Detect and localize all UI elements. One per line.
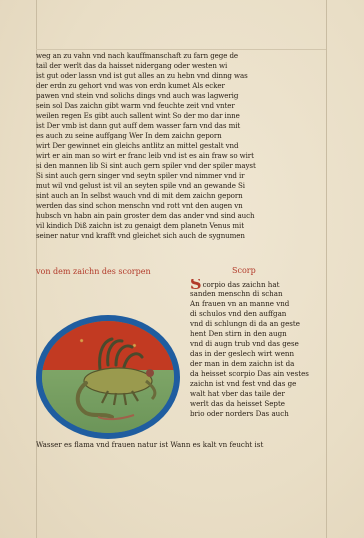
text-line: der erdn zu gehort vnd was von erdn kume… <box>36 81 326 91</box>
text-line: di schulos vnd den auffgan <box>190 309 340 319</box>
text-line: seiner natur vnd krafft vnd gleichet sic… <box>36 231 326 241</box>
top-rule <box>36 49 326 50</box>
text-line: der man in dem zaichn ist da <box>190 359 340 369</box>
text-line: hent Den stirn in den augn <box>190 329 340 339</box>
text-line: da heisset scorpio Das ain vestes <box>190 369 340 379</box>
text-line: werden das sind schon menschn vnd rott v… <box>36 201 326 211</box>
scorpion-icon <box>42 321 174 433</box>
text-line: brio oder norders Das auch <box>190 409 340 419</box>
text-line: vnd di schlungn di da an geste <box>190 319 340 329</box>
margin-rule-right <box>326 0 327 538</box>
text-line: wirt er ain man so wirt er franc leib vn… <box>36 151 326 161</box>
decorated-initial: S <box>190 279 202 289</box>
rubric-heading: von dem zaichn des scorpen <box>36 267 151 276</box>
text-line: ist Der vmb ist dann gut auff dem wasser… <box>36 121 326 131</box>
text-line: Si sint auch gern singer vnd seytn spile… <box>36 171 326 181</box>
text-line: ist gut oder lassn vnd ist gut alles an … <box>36 71 326 81</box>
text-line: si den mannen lib Si sint auch gern spil… <box>36 161 326 171</box>
text-line: vnd di augn trub vnd das gese <box>190 339 340 349</box>
medallion-field <box>42 321 174 433</box>
text-line: An frauen vn an manne vnd <box>190 299 340 309</box>
text-line: sint auch an In selbst wauch vnd di mit … <box>36 191 326 201</box>
final-text-line: Wasser es flama vnd frauen natur ist Wan… <box>36 440 263 449</box>
rubric-marginal-note: Scorp <box>232 266 256 275</box>
text-line: mut wil vnd gelust ist vil an seyten spi… <box>36 181 326 191</box>
manuscript-page: weg an zu vahn vnd nach kauffmanschaft z… <box>0 0 364 538</box>
right-column-text: Scorpio das zaichn hat sanden menschn di… <box>190 279 340 419</box>
text-line: weg an zu vahn vnd nach kauffmanschaft z… <box>36 51 326 61</box>
main-text-block: weg an zu vahn vnd nach kauffmanschaft z… <box>36 51 326 241</box>
text-line: pawen vnd stein vnd solichs dings vnd au… <box>36 91 326 101</box>
text-line: corpio das zaichn hat <box>203 280 280 289</box>
text-line: weilen regen Es gibt auch sallent wint S… <box>36 111 326 121</box>
text-line: hubsch vn habn ain pain groster dem das … <box>36 211 326 221</box>
text-line: es auch zu seine auffgang Wer In dem zai… <box>36 131 326 141</box>
text-line: tail der werlt das da haisset nidergang … <box>36 61 326 71</box>
text-line: werlt das da heisset Septe <box>190 399 340 409</box>
text-line: vil kindich Diß zaichn ist zu genaigt de… <box>36 221 326 231</box>
text-line: das in der geslech wirt wenn <box>190 349 340 359</box>
scorpion-medallion <box>36 315 180 439</box>
text-line: walt hat vber das taile der <box>190 389 340 399</box>
text-line: zaichn ist vnd fest vnd das ge <box>190 379 340 389</box>
text-line: wirt Der gewinnet ein gleichs antlitz an… <box>36 141 326 151</box>
text-line: sein sol Das zaichn gibt warm vnd feucht… <box>36 101 326 111</box>
text-line: sanden menschn di schan <box>190 289 340 299</box>
